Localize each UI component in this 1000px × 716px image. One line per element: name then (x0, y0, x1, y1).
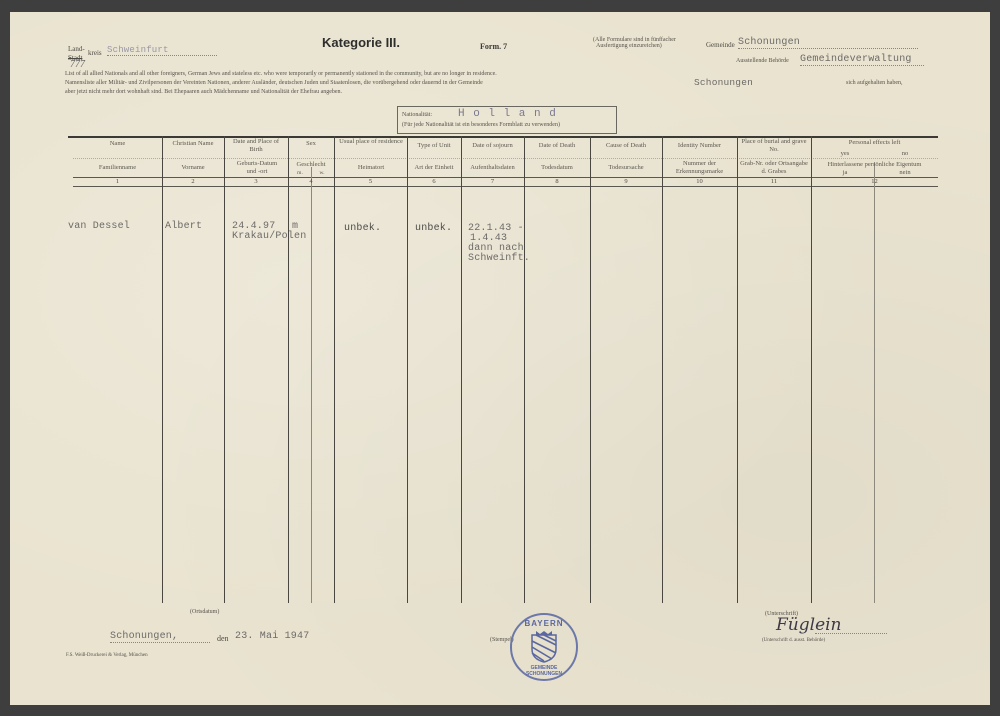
col-11-de: Grab-Nr. oder Ortsangabe d. Grabes (739, 160, 809, 176)
col-3-de: Geburts-Datum und -ort (232, 160, 282, 176)
col-subdivider-effects (874, 162, 875, 603)
col-2-num: 2 (162, 178, 224, 185)
col-divider (162, 136, 163, 603)
col-divider (288, 136, 289, 603)
col-6-en: Type of Unit (407, 142, 461, 150)
col-12-de-yes: ja (825, 169, 865, 177)
land-label: Land- (68, 45, 85, 53)
kreis-label: kreis (88, 49, 102, 57)
col-4-num: 4 (288, 178, 334, 185)
col-9-en: Cause of Death (590, 142, 662, 150)
col-divider (407, 136, 408, 603)
col-7-num: 7 (461, 178, 524, 185)
col-7-de: Aufenthaltsdaten (461, 164, 524, 172)
col-10-num: 10 (662, 178, 737, 185)
gemeinde-value: Schonungen (738, 37, 918, 49)
intro-line-1: List of all allied Nationals and all oth… (65, 71, 497, 77)
signature-line (815, 633, 887, 634)
col-1-num: 1 (73, 178, 162, 185)
col-divider (334, 136, 335, 603)
cell-name: van Dessel (68, 221, 130, 232)
place-label: (Ortsdatum) (190, 609, 219, 615)
col-8-en: Date of Death (524, 142, 590, 150)
col-7-en: Date of sojourn (461, 142, 524, 150)
signer-note: (Unterschrift d. ausst. Behörde) (762, 638, 825, 643)
page-title: Kategorie III. (322, 35, 400, 50)
col-11-num: 11 (737, 178, 811, 185)
col-divider (811, 136, 812, 603)
col-1-en: Name (73, 140, 162, 148)
col-4-de: Geschlecht (288, 161, 334, 169)
col-4-sub-m: m. (290, 169, 310, 177)
col-2-en: Christian Name (162, 140, 224, 148)
gemeinde-label: Gemeinde (706, 41, 735, 49)
col-11-en: Place of burial and grave No. (739, 138, 809, 154)
col-12-en-no: no (885, 150, 925, 158)
cell-sex: m (292, 221, 298, 232)
nationality-note: (Für jede Nationalität ist ein besondere… (402, 122, 560, 128)
bavarian-coat-of-arms-icon (530, 631, 558, 663)
col-12-de: Hinterlassene persönliche Eigentum (811, 161, 938, 169)
printer-note: F.S. Weiß-Druckerei & Verlag, München (66, 653, 148, 658)
intro-line-2-end: sich aufgehalten haben, (846, 80, 902, 86)
col-5-num: 5 (334, 178, 407, 185)
col-12-de-no: nein (885, 169, 925, 177)
stamp-bottom-text: GEMEINDE SCHONUNGEN (512, 665, 576, 677)
col-12-en: Personal effects left (811, 139, 938, 147)
col-2-de: Vorname (162, 164, 224, 172)
intro-line-3: aber jetzt nicht mehr dort wohnhaft sind… (65, 89, 342, 95)
kreis-value: Schweinfurt (107, 45, 217, 56)
col-6-de: Art der Einheit (407, 164, 461, 172)
col-divider (662, 136, 663, 603)
col-divider (224, 136, 225, 603)
official-stamp: BAYERN GEMEINDE SCHONUNGEN (510, 613, 578, 681)
intro-line-2: Namensliste aller Militär- und Zivilpers… (65, 80, 483, 86)
col-9-num: 9 (590, 178, 662, 185)
place-value: Schonungen, (110, 631, 210, 643)
col-divider (461, 136, 462, 603)
col-3-num: 3 (224, 178, 288, 185)
col-10-de: Nummer der Erkennungsmarke (666, 160, 733, 176)
struck-number: 777 (70, 59, 85, 70)
cell-residence: unbek. (344, 223, 381, 234)
document-page: Land- Stadt 777 kreis Schweinfurt Katego… (10, 12, 990, 705)
cell-sojourn-4: Schweinft. (468, 253, 530, 264)
col-5-de: Heimatort (336, 164, 406, 172)
col-1-de: Familienname (73, 164, 162, 172)
cell-unit: unbek. (415, 223, 452, 234)
behoerde-value: Gemeindeverwaltung (800, 54, 924, 66)
col-3-en: Date and Place of Birth (226, 138, 286, 154)
stamp-top-text: BAYERN (512, 619, 576, 628)
col-9-de: Todesursache (590, 164, 662, 172)
intro-gemeinde-value: Schonungen (694, 77, 753, 88)
table-numbers-divider (73, 186, 938, 187)
col-6-num: 6 (407, 178, 461, 185)
col-8-de: Todesdatum (524, 164, 590, 172)
col-12-en-yes: yes (825, 150, 865, 158)
header-dotted-rule (73, 158, 938, 159)
col-subdivider-sex (311, 167, 312, 603)
submission-note-2: Ausfertigung einzureichen) (596, 43, 662, 49)
col-divider (590, 136, 591, 603)
col-divider (524, 136, 525, 603)
col-12-num: 12 (811, 178, 938, 185)
date-value: 23. Mai 1947 (235, 631, 309, 642)
cell-christian-name: Albert (165, 221, 202, 232)
col-4-en: Sex (288, 140, 334, 148)
col-10-en: Identity Number (662, 142, 737, 150)
signature: Füglein (776, 615, 842, 635)
nationality-value: H o l l a n d (458, 108, 557, 120)
col-8-num: 8 (524, 178, 590, 185)
col-5-en: Usual place of residence (336, 138, 406, 146)
col-4-sub-w: w. (312, 169, 332, 177)
col-divider (737, 136, 738, 603)
behoerde-label: Ausstellende Behörde (736, 58, 789, 64)
form-number: Form. 7 (480, 42, 507, 51)
cell-birth-place: Krakau/Polen (232, 231, 306, 242)
nationality-label: Nationalität: (402, 112, 432, 118)
nationality-box: Nationalität: H o l l a n d (Für jede Na… (397, 106, 617, 134)
den-label: den (217, 634, 229, 643)
